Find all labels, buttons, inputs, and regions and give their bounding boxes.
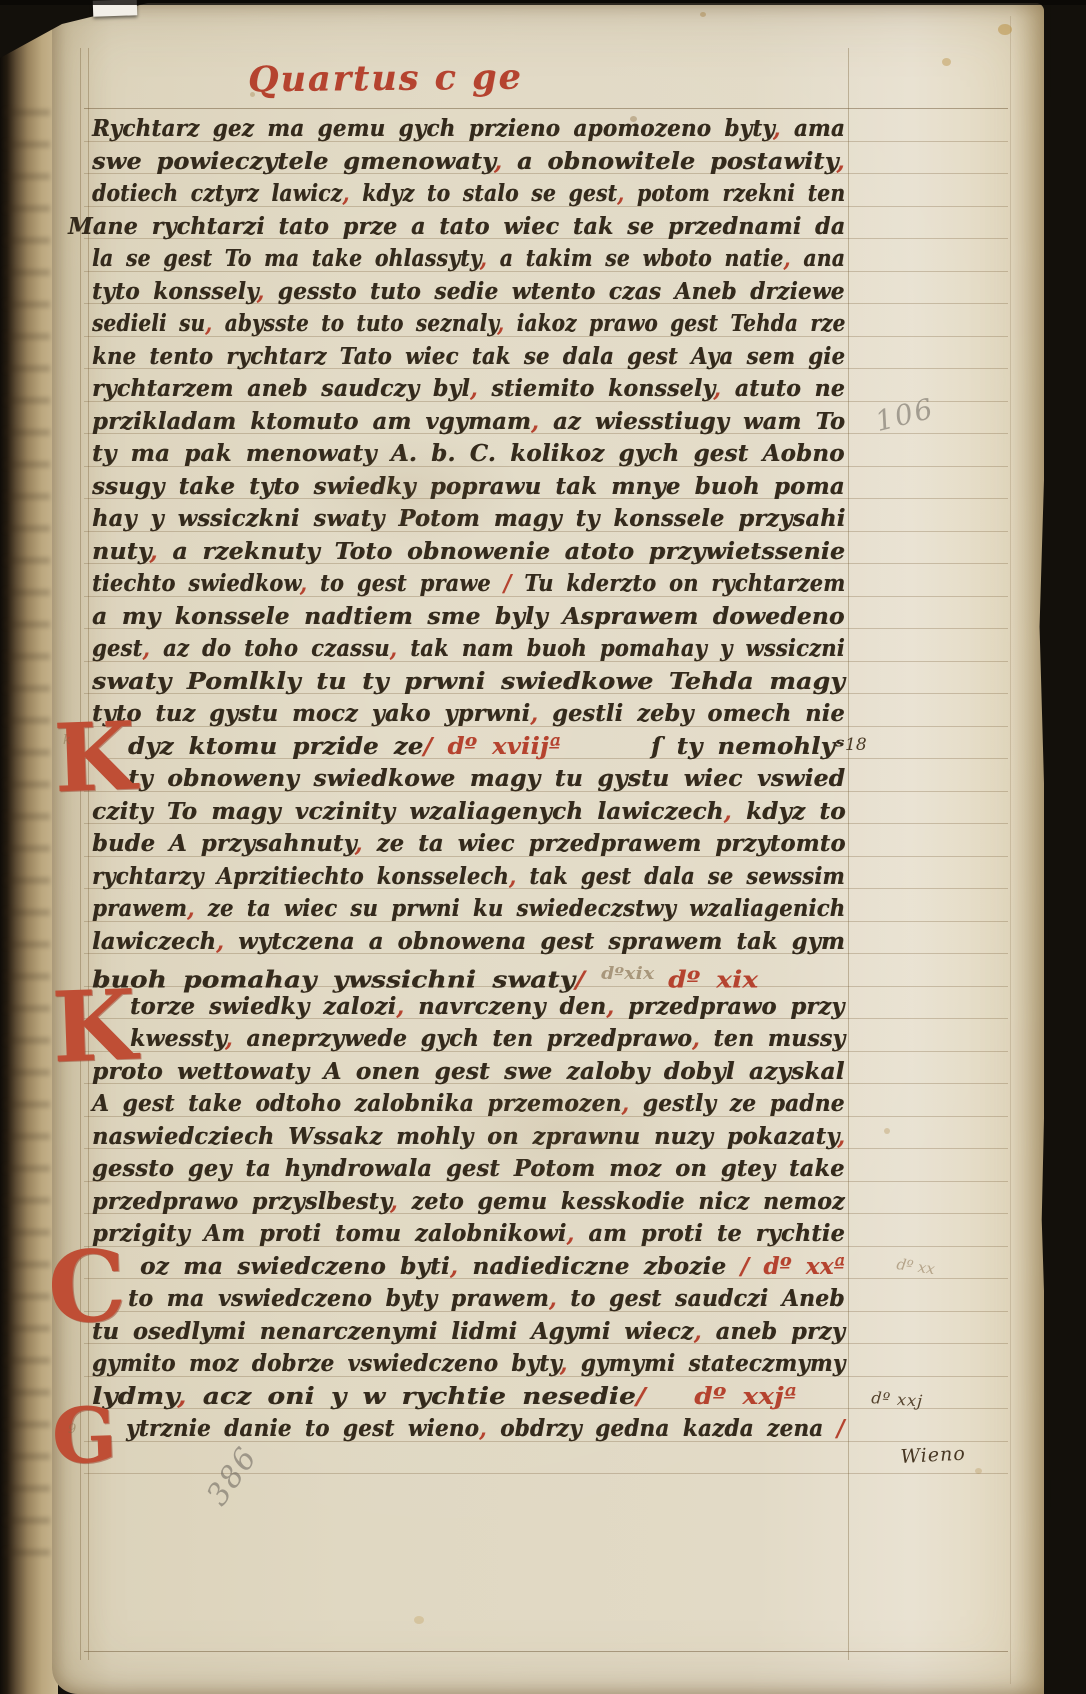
red-comma: , <box>783 245 790 272</box>
red-comma: , <box>216 928 224 955</box>
ink-text: a obnowitele postawity <box>502 148 836 175</box>
ink-text: kdyz to stalo se gest <box>350 180 617 207</box>
red-comma: , <box>494 148 503 175</box>
text-line: lawiczech, wytczena a obnowena gest spra… <box>92 927 845 956</box>
text-line: przedprawo przyslbesty, zeto gemu kessko… <box>92 1187 845 1216</box>
drop-cap-initial: K <box>53 715 138 802</box>
foxing-stain <box>884 1128 890 1134</box>
ink-text: Rychtarz gez ma gemu gych przieno apomoz… <box>92 115 773 142</box>
drop-cap-initial: G <box>51 1401 118 1472</box>
ink-text: rychtarzy Aprzitiechto konsselech <box>92 863 509 890</box>
ink-text: ana <box>791 245 845 272</box>
ink-text: kne tento rychtarz Tato wiec tak se dala… <box>92 343 845 370</box>
rubric-text: / dº xxjª <box>636 1383 797 1410</box>
ink-text: a my konssele nadtiem sme byly Asprawem … <box>92 603 845 630</box>
ink-text: ama <box>781 115 845 142</box>
showthrough-text <box>4 90 50 1570</box>
red-comma: , <box>480 245 487 272</box>
ink-text: to ma vswiedczeno byty prawem <box>128 1285 549 1312</box>
text-line: gest, az do toho czassu, tak nam buoh po… <box>92 634 845 663</box>
text-line: rychtarzy Aprzitiechto konsselech, tak g… <box>92 862 845 891</box>
text-line: ty obnoweny swiedkowe magy tu gystu wiec… <box>128 764 845 793</box>
red-comma: , <box>390 1188 398 1215</box>
margin-note: Wieno <box>900 1443 966 1468</box>
text-line: czity To magy vczinity wzaliagenych lawi… <box>92 797 846 826</box>
faded-note: dºxix <box>601 963 668 983</box>
ink-text: przedprawo przy <box>614 993 844 1020</box>
red-comma: , <box>470 375 478 402</box>
red-comma: , <box>177 1383 186 1410</box>
text-line: kwessty, aneprzywede gych ten przedprawo… <box>130 1024 845 1053</box>
ink-text: tak gest dala se sewssim <box>516 863 844 890</box>
ink-text: gest <box>92 635 142 662</box>
ink-text: lawiczech <box>92 928 216 955</box>
drop-cap-initial: C <box>46 1243 127 1334</box>
ink-text: atuto ne <box>721 375 845 402</box>
text-line: przigity Am proti tomu zalobnikowi, am p… <box>92 1219 845 1248</box>
text-line: gymito moz dobrze vswiedczeno byty, gymy… <box>92 1349 845 1378</box>
ruled-border <box>848 48 849 1660</box>
foxing-stain <box>414 1616 424 1624</box>
ink-text: az wiesstiugy wam To <box>539 408 845 435</box>
ink-text: dotiech cztyrz lawicz <box>92 180 342 207</box>
ink-text: przedprawo przyslbesty <box>92 1188 390 1215</box>
text-line: nuty, a rzeknuty Toto obnowenie atoto pr… <box>92 537 845 566</box>
binding-gutter-edge <box>0 0 58 1694</box>
ink-text: torze swiedky zalozi <box>130 993 396 1020</box>
ink-text: tu osedlymi nenarczenymi lidmi Agymi wie… <box>92 1318 694 1345</box>
ink-text: nuty <box>92 538 149 565</box>
ink-text: przigity Am proti tomu zalobnikowi <box>92 1220 566 1247</box>
text-line: to ma vswiedczeno byty prawem, to gest s… <box>128 1284 845 1313</box>
ink-text: ty obnoweny swiedkowe magy tu gystu wiec… <box>128 765 845 792</box>
red-comma: , <box>773 115 781 142</box>
ink-text: kwessty <box>130 1025 225 1052</box>
ruled-line <box>84 108 1008 109</box>
margin-note: 18 <box>845 735 867 755</box>
red-comma: , <box>225 1025 233 1052</box>
ink-text: ſ ty nemohlyˢ <box>561 733 845 760</box>
margin-note: dº xxj <box>871 1388 924 1411</box>
text-line: swe powieczytele gmenowaty, a obnowitele… <box>92 147 845 176</box>
red-comma: , <box>355 830 363 857</box>
ink-text: aneprzywede gych ten przedprawo <box>233 1025 692 1052</box>
text-line: tu osedlymi nenarczenymi lidmi Agymi wie… <box>92 1317 845 1346</box>
ink-text: nadiediczne zbozie <box>458 1253 740 1280</box>
ink-text: bude A przysahnuty <box>92 830 355 857</box>
ink-text: rychtarzem aneb saudczy byl <box>92 375 470 402</box>
ink-text: obdrzy gedna kazda zena <box>487 1415 824 1442</box>
text-line: swaty Pomlkly tu ty prwni swiedkowe Tehd… <box>92 667 845 696</box>
ink-text: aneb przy <box>702 1318 845 1345</box>
ink-text: czity To magy vczinity wzaliagenych lawi… <box>92 798 724 825</box>
text-line: dyz ktomu przide ze/ dº xviijª ſ ty nemo… <box>128 732 845 761</box>
foxing-stain <box>998 24 1012 35</box>
ink-text: Tu kderzto on rychtarzem <box>511 570 845 597</box>
ink-text: a rzeknuty Toto obnowenie atoto przywiet… <box>158 538 845 565</box>
ink-text: buoh pomahay ywssichni swaty <box>92 967 575 994</box>
text-line: tyto konssely, gessto tuto sedie wtento … <box>92 277 845 306</box>
text-line: lydmy, acz oni y w rychtie nesedie/ dº x… <box>92 1382 797 1411</box>
ink-text: kdyz to <box>732 798 846 825</box>
text-line: buoh pomahay ywssichni swaty/ dºxix dº x… <box>92 959 758 995</box>
ink-text: stiemito konssely <box>478 375 713 402</box>
red-comma: , <box>617 180 624 207</box>
text-line: oz ma swiedczeno byti, nadiediczne zbozi… <box>140 1252 845 1281</box>
foxing-stain <box>250 92 255 97</box>
text-line: Mane rychtarzi tato prze a tato wiec tak… <box>68 212 845 241</box>
ruled-border <box>1010 16 1011 1684</box>
ink-text: ze ta wiec przedprawem przytomto <box>363 830 846 857</box>
ink-text: oz ma swiedczeno byti <box>140 1253 450 1280</box>
rubric-text: / <box>575 967 601 994</box>
ink-text: sedieli su <box>92 310 205 337</box>
rubric-text: / dº xviijª <box>423 733 561 760</box>
ink-text: tyto tuz gystu mocz yako yprwni <box>92 700 530 727</box>
ink-text: a takim se wboto natie <box>487 245 783 272</box>
text-line: kne tento rychtarz Tato wiec tak se dala… <box>92 342 845 371</box>
ink-text: dyz ktomu przide ze <box>128 733 423 760</box>
red-comma: , <box>450 1253 458 1280</box>
text-line: torze swiedky zalozi, navrczeny den, prz… <box>130 992 844 1021</box>
text-line: tyto tuz gystu mocz yako yprwni, gestli … <box>92 699 845 728</box>
ink-text: tiechto swiedkow <box>92 570 300 597</box>
red-comma: , <box>837 1123 845 1150</box>
drop-cap-initial: K <box>51 982 138 1072</box>
red-comma: , <box>606 993 614 1020</box>
ink-text: abysste to tuto seznaly <box>212 310 497 337</box>
text-line: a my konssele nadtiem sme byly Asprawem … <box>92 602 845 631</box>
ink-text: gymymi stateczmymy <box>567 1350 845 1377</box>
rubric-text: / <box>823 1415 844 1442</box>
red-comma: , <box>530 700 538 727</box>
text-line: la se gest To ma take ohlassyty, a takim… <box>92 244 845 273</box>
ink-text: gymito moz dobrze vswiedczeno byty <box>92 1350 560 1377</box>
manuscript-photo: Quartus c ge Rychtarz gez ma gemu gych p… <box>0 0 1086 1694</box>
ink-text: gessto tuto sedie wtento czas Aneb drzie… <box>264 278 844 305</box>
red-comma: , <box>149 538 157 565</box>
red-comma: , <box>300 570 307 597</box>
ink-text: acz oni y w rychtie nesedie <box>187 1383 636 1410</box>
ink-text: la se gest To ma take ohlassyty <box>92 245 480 272</box>
margin-note: 9 <box>68 1422 76 1437</box>
ink-text: ze ta wiec su prwni ku swiedeczstwy wzal… <box>195 895 846 922</box>
ink-text: tyto konssely <box>92 278 257 305</box>
text-line: prawem, ze ta wiec su prwni ku swiedeczs… <box>92 894 845 923</box>
ink-text: Mane rychtarzi tato prze a tato wiec tak… <box>68 213 845 240</box>
ink-text: swaty Pomlkly tu ty prwni swiedkowe Tehd… <box>92 668 845 695</box>
foxing-stain <box>942 58 951 66</box>
water-stain <box>300 430 520 550</box>
red-comma: , <box>560 1350 568 1377</box>
text-line: tiechto swiedkow, to gest prawe / Tu kde… <box>92 569 845 598</box>
rubric-text: / <box>504 570 512 597</box>
rubric-text: dº xix <box>668 967 758 994</box>
ink-text: to gest prawe <box>307 570 503 597</box>
ink-text: ytrznie danie to gest wieno <box>126 1415 479 1442</box>
ink-text: swe powieczytele gmenowaty <box>92 148 494 175</box>
foxing-stain <box>700 12 706 17</box>
text-line: ytrznie danie to gest wieno, obdrzy gedn… <box>126 1414 845 1443</box>
red-comma: , <box>692 1025 700 1052</box>
ink-text: prawem <box>92 895 187 922</box>
foxing-stain <box>630 116 637 122</box>
text-line: rychtarzem aneb saudczy byl, stiemito ko… <box>92 374 845 403</box>
ink-text: gestli zeby omech nie <box>538 700 845 727</box>
ink-text: tak nam buoh pomahay y wssiczni <box>397 635 845 662</box>
margin-note: k <box>63 733 71 748</box>
ink-text: navrczeny den <box>404 993 606 1020</box>
ink-text: ten mussy <box>700 1025 845 1052</box>
red-comma: , <box>836 148 845 175</box>
ruled-line <box>84 1651 1008 1652</box>
ink-text: wytczena a obnowena gest sprawem tak gym <box>224 928 845 955</box>
chapter-rubric: Quartus c ge <box>248 57 523 101</box>
ink-text: az do toho czassu <box>150 635 390 662</box>
ink-text: przikladam ktomuto am vgymam <box>92 408 531 435</box>
foxing-stain <box>975 1468 982 1474</box>
ink-text: iakoz prawo gest Tehda rze <box>504 310 845 337</box>
text-line: przikladam ktomuto am vgymam, az wiessti… <box>92 407 845 436</box>
water-stain <box>430 1060 690 1200</box>
ink-text: potom rzekni ten <box>624 180 845 207</box>
red-comma: , <box>549 1285 557 1312</box>
text-line: dotiech cztyrz lawicz, kdyz to stalo se … <box>92 179 845 208</box>
text-line: Rychtarz gez ma gemu gych przieno apomoz… <box>92 114 845 143</box>
ink-text: am proti te rychtie <box>574 1220 844 1247</box>
text-line: sedieli su, abysste to tuto seznaly, iak… <box>92 309 845 338</box>
text-line: bude A przysahnuty, ze ta wiec przedpraw… <box>92 829 846 858</box>
red-comma: , <box>342 180 349 207</box>
photo-edge-top <box>0 0 1086 5</box>
rubric-text: / dº xxª <box>741 1253 846 1280</box>
ink-text: to gest saudczi Aneb <box>557 1285 845 1312</box>
